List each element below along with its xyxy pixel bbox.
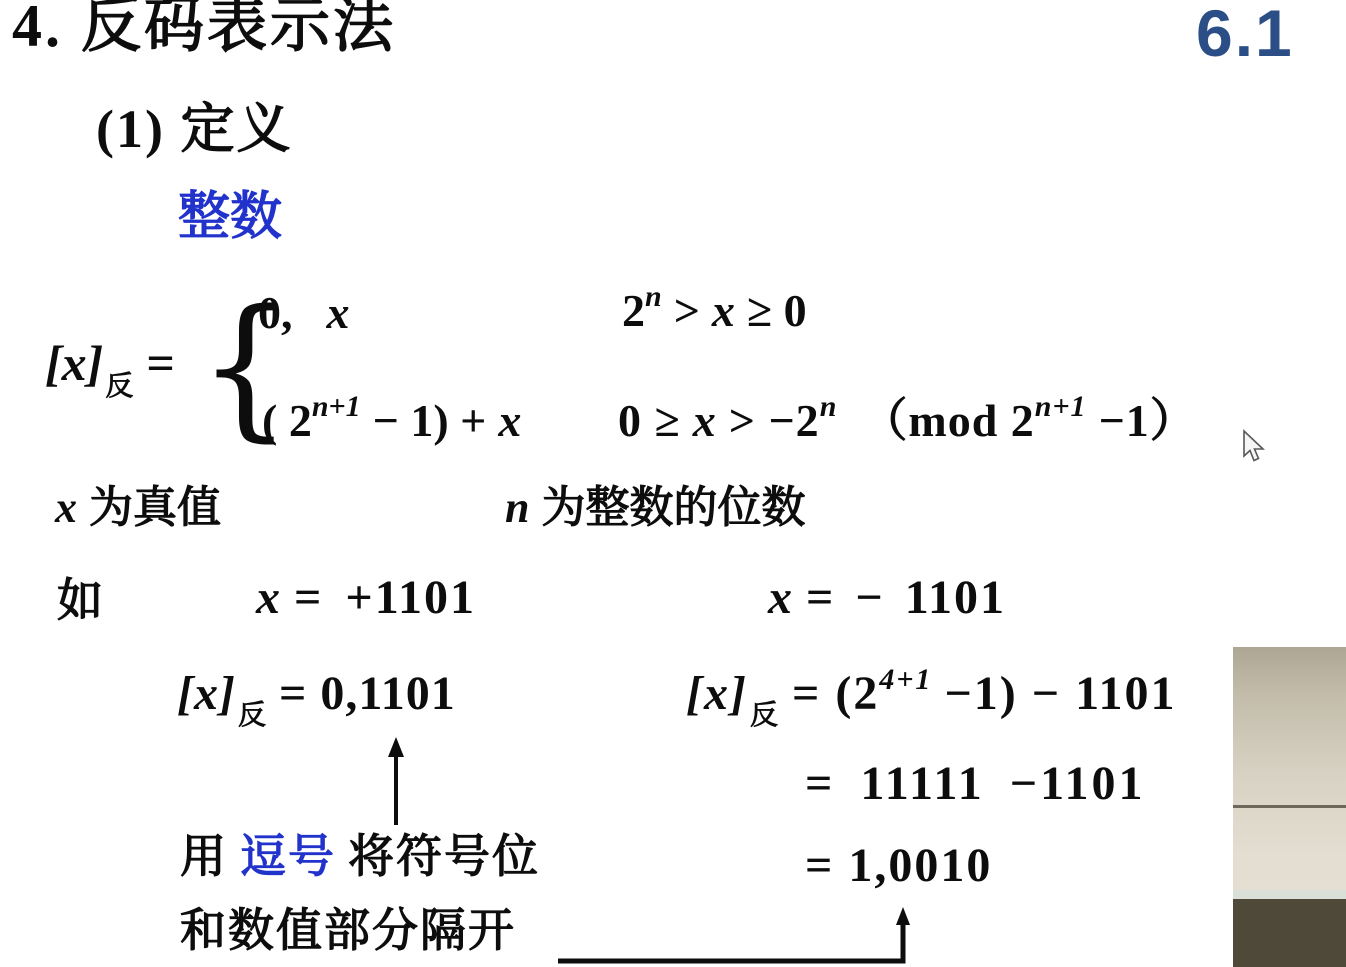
neg-result1-sub: 反 — [750, 700, 780, 731]
case2-cond-mid: > −2 — [729, 395, 820, 446]
formula-case2-condition: 0 ≥x> −2n（mod 2n+1−1） — [618, 398, 1197, 444]
negative-example-equation: x= − 1101 — [768, 574, 1006, 622]
x-note-var: x — [55, 483, 77, 532]
desk-band — [1233, 899, 1346, 967]
formula-lhs: [x]反= — [45, 338, 188, 388]
case2-mod-tail: −1） — [1099, 395, 1197, 446]
section-number: 6.1 — [1196, 0, 1294, 66]
case1-zero: 0, — [258, 287, 293, 338]
example-label: 如 — [57, 578, 103, 624]
case2-sup: n+1 — [312, 390, 361, 423]
pos-result-sub: 反 — [238, 700, 267, 731]
pos-x-var: x — [256, 571, 282, 624]
comma-arrow-up-icon — [383, 737, 409, 829]
video-overlay — [1233, 647, 1346, 967]
n-bits-note: n为整数的位数 — [505, 486, 805, 530]
case1-cond-x: x — [712, 285, 735, 336]
neg-result1-lhs: [x] — [686, 667, 748, 720]
negative-result-line2: = 11111 −1101 — [805, 760, 1145, 808]
case1-cond-sup: n — [645, 280, 662, 313]
formula-equals: = — [146, 335, 175, 391]
comma-note-line2: 和数值部分隔开 — [180, 908, 516, 954]
integer-label: 整数 — [178, 192, 282, 244]
comma-arrow-elbow-icon — [552, 903, 922, 967]
formula-lhs-bracket-x: [x] — [45, 335, 103, 391]
wall-strip — [1233, 890, 1346, 899]
mouse-cursor-icon — [1242, 430, 1266, 466]
x-truth-note: x为真值 — [55, 486, 221, 530]
neg-x-var: x — [768, 571, 794, 624]
n-note-var: n — [505, 483, 529, 532]
x-note-text: 为真值 — [89, 483, 221, 532]
case1-cond-base: 2 — [622, 285, 645, 336]
case2-cond-x: x — [693, 395, 717, 446]
case2-mid: − 1) + — [373, 395, 487, 446]
neg-x-value: = − 1101 — [806, 571, 1006, 624]
definition-heading: (1) 定义 — [96, 102, 292, 156]
comma-note-prefix: 用 — [180, 831, 228, 882]
case2-cond-sup: n — [820, 390, 838, 423]
neg-result1-tail: −1) − 1101 — [944, 667, 1176, 720]
formula-case1-condition: 2n>x≥ 0 — [622, 288, 807, 334]
positive-example-equation: x= +1101 — [256, 574, 476, 622]
case1-cond-gt: > — [674, 285, 700, 336]
slide-title: 4. 反码表示法 — [12, 0, 396, 56]
pos-x-value: = +1101 — [294, 571, 476, 624]
case1-cond-tail: ≥ 0 — [747, 285, 807, 336]
comma-note-line1: 用逗号将符号位 — [180, 834, 540, 880]
negative-result-line3: = 1,0010 — [805, 842, 992, 890]
neg-result1-open: = (2 — [792, 667, 879, 720]
case2-open: ( 2 — [262, 395, 312, 446]
formula-case2-value: ( 2n+1− 1) +x — [262, 398, 521, 444]
n-note-text: 为整数的位数 — [541, 483, 805, 532]
negative-result-line1: [x]反= (24+1−1) − 1101 — [686, 670, 1176, 718]
positive-result-equation: [x]反= 0,1101 — [177, 670, 456, 718]
pos-result-value: = 0,1101 — [279, 667, 456, 720]
slide-canvas: 4. 反码表示法 6.1 (1) 定义 整数 [x]反= { 0,x 2n>x≥… — [0, 0, 1346, 967]
comma-note-suffix: 将符号位 — [348, 831, 540, 882]
case1-x: x — [327, 287, 350, 338]
neg-result1-sup: 4+1 — [879, 663, 932, 696]
formula-lhs-subscript: 反 — [105, 371, 133, 402]
case2-mod-open: （mod 2 — [861, 395, 1034, 446]
case2-cond-head: 0 ≥ — [618, 395, 681, 446]
comma-highlight: 逗号 — [240, 831, 336, 882]
case2-mod-sup: n+1 — [1035, 390, 1087, 423]
wall-line — [1233, 805, 1346, 808]
formula-case1-value: 0,x — [258, 290, 350, 336]
pos-result-lhs: [x] — [177, 667, 236, 720]
case2-x: x — [498, 395, 521, 446]
